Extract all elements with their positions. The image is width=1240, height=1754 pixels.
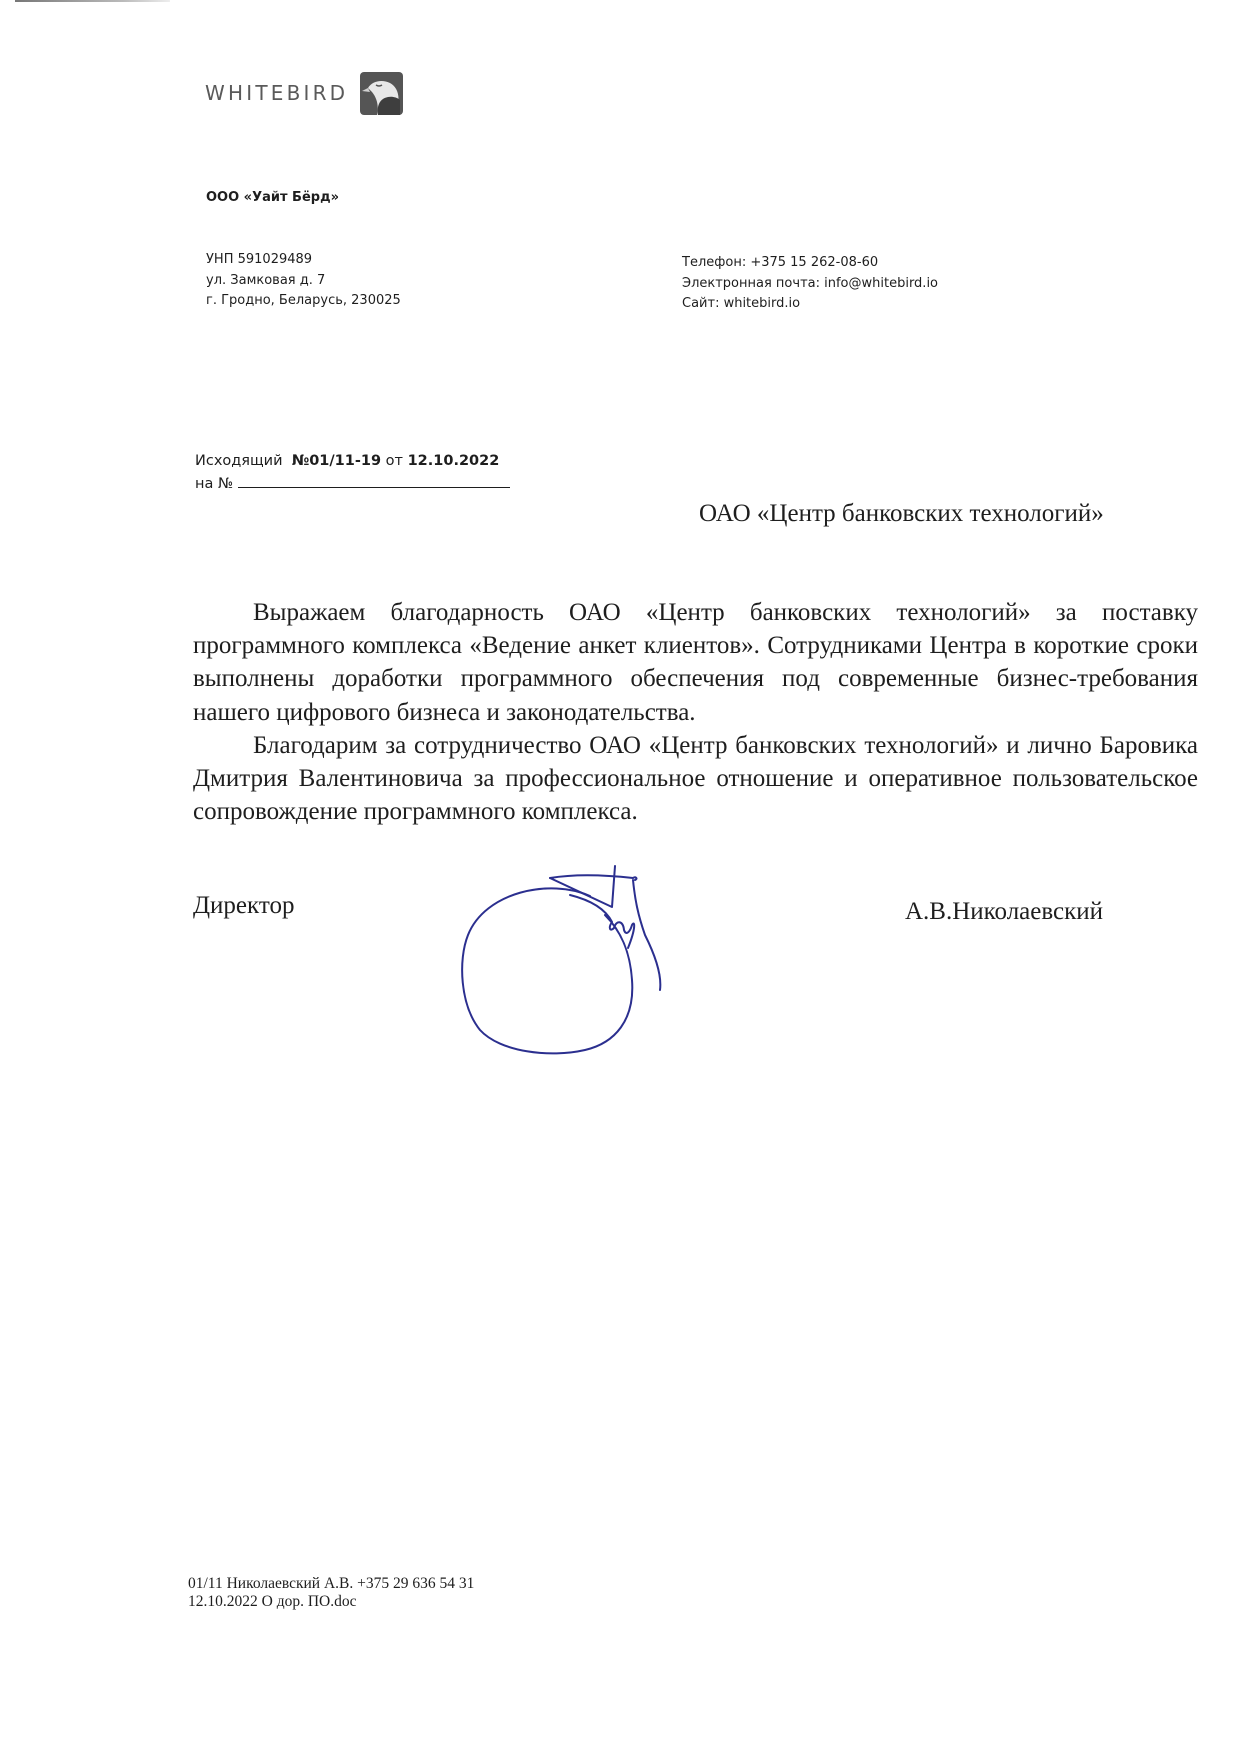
signatory-title: Директор bbox=[193, 892, 294, 920]
company-name: ООО «Уайт Бёрд» bbox=[206, 190, 339, 205]
contact-email: Электронная почта: info@whitebird.io bbox=[682, 274, 938, 295]
scan-edge-artifact bbox=[15, 0, 170, 2]
outgoing-reference: Исходящий №01/11-19 от 12.10.2022 на № bbox=[195, 450, 510, 496]
document-footer: 01/11 Николаевский А.В. +375 29 636 54 3… bbox=[188, 1575, 474, 1611]
footer-executor: 01/11 Николаевский А.В. +375 29 636 54 3… bbox=[188, 1575, 474, 1593]
letter-body: Выражаем благодарность ОАО «Центр банков… bbox=[193, 596, 1198, 828]
outgoing-number: №01/11-19 bbox=[292, 453, 381, 469]
bird-logo-icon bbox=[360, 72, 403, 115]
body-paragraph: Выражаем благодарность ОАО «Центр банков… bbox=[193, 596, 1198, 729]
outgoing-label: Исходящий bbox=[195, 453, 283, 469]
requisite-city: г. Гродно, Беларусь, 230025 bbox=[206, 291, 401, 312]
contact-phone: Телефон: +375 15 262-08-60 bbox=[682, 253, 938, 274]
outgoing-date: 12.10.2022 bbox=[408, 453, 500, 469]
requisite-unp: УНП 591029489 bbox=[206, 250, 401, 271]
letterhead-logo: WHITEBIRD bbox=[205, 70, 403, 116]
in-reply-label: на № bbox=[195, 476, 233, 492]
company-contacts: Телефон: +375 15 262-08-60 Электронная п… bbox=[682, 253, 938, 315]
brand-wordmark: WHITEBIRD bbox=[205, 81, 348, 105]
requisite-street: ул. Замковая д. 7 bbox=[206, 271, 401, 292]
footer-filename: 12.10.2022 О дор. ПО.doc bbox=[188, 1593, 474, 1611]
handwritten-signature bbox=[440, 840, 740, 1070]
in-reply-number-blank bbox=[238, 473, 510, 488]
company-requisites: УНП 591029489 ул. Замковая д. 7 г. Гродн… bbox=[206, 250, 401, 312]
recipient: ОАО «Центр банковских технологий» bbox=[699, 500, 1104, 528]
contact-website: Сайт: whitebird.io bbox=[682, 294, 938, 315]
date-prefix: от bbox=[386, 453, 403, 469]
signatory-name: А.В.Николаевский bbox=[905, 898, 1103, 926]
body-paragraph: Благодарим за сотрудничество ОАО «Центр … bbox=[193, 729, 1198, 829]
